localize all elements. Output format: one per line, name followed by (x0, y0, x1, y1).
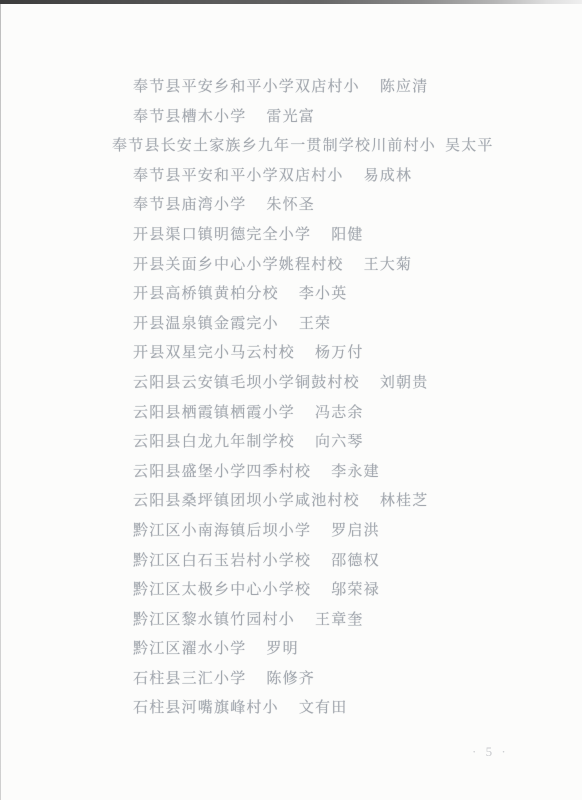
list-item: 云阳县白龙九年制学校向六琴 (133, 428, 494, 458)
school-name: 云阳县栖霞镇栖霞小学 (133, 405, 295, 421)
teacher-name: 邬荣禄 (331, 582, 380, 598)
school-name: 云阳县白龙九年制学校 (133, 434, 295, 450)
list-item: 开县温泉镇金霞完小王荣 (133, 310, 494, 340)
scan-edge-top (0, 0, 582, 4)
teacher-name: 冯志余 (315, 405, 364, 421)
school-name: 黔江区濯水小学 (133, 641, 246, 657)
list-item: 奉节县槽木小学雷光富 (133, 103, 494, 133)
school-name: 开县关面乡中心小学姚程村校 (133, 257, 344, 273)
list-item: 奉节县长安土家族乡九年一贯制学校川前村小吴太平 (112, 132, 494, 162)
school-name: 石柱县三汇小学 (133, 671, 246, 687)
school-name: 开县温泉镇金霞完小 (133, 316, 279, 332)
teacher-name: 阳健 (331, 227, 363, 243)
scanned-document-page: 奉节县平安乡和平小学双店村小陈应清奉节县槽木小学雷光富奉节县长安土家族乡九年一贯… (0, 0, 582, 800)
teacher-name: 罗启洪 (331, 523, 380, 539)
teacher-name: 王大菊 (364, 257, 413, 273)
teacher-name: 朱怀圣 (266, 197, 315, 213)
school-name: 开县渠口镇明德完全小学 (133, 227, 311, 243)
school-name: 奉节县平安乡和平小学双店村小 (133, 79, 360, 95)
teacher-name: 林桂芝 (380, 493, 429, 509)
page-number: · 5 · (472, 744, 509, 760)
teacher-name: 刘朝贵 (380, 375, 429, 391)
teacher-name: 陈应清 (380, 79, 429, 95)
list-item: 石柱县河嘴旗峰村小文有田 (133, 694, 494, 724)
list-item: 奉节县庙湾小学朱怀圣 (133, 191, 494, 221)
teacher-name: 罗明 (266, 641, 298, 657)
list-item: 云阳县桑坪镇团坝小学咸池村校林桂芝 (133, 487, 494, 517)
teacher-name: 易成林 (364, 168, 413, 184)
list-item: 黔江区白石玉岩村小学校邵德权 (133, 547, 494, 577)
teacher-name: 王章奎 (315, 612, 364, 628)
school-name: 黔江区黎水镇竹园村小 (133, 612, 295, 628)
school-name: 开县高桥镇黄柏分校 (133, 286, 279, 302)
school-name: 奉节县平安和平小学双店村小 (133, 168, 344, 184)
list-item: 奉节县平安乡和平小学双店村小陈应清 (133, 73, 494, 103)
list-item: 开县渠口镇明德完全小学阳健 (133, 221, 494, 251)
school-name: 云阳县桑坪镇团坝小学咸池村校 (133, 493, 360, 509)
teacher-name: 杨万付 (315, 345, 364, 361)
teacher-name: 文有田 (299, 700, 348, 716)
school-name: 黔江区小南海镇后坝小学 (133, 523, 311, 539)
school-name: 奉节县槽木小学 (133, 109, 246, 125)
list-item: 云阳县盛堡小学四季村校李永建 (133, 458, 494, 488)
list-item: 黔江区黎水镇竹园村小王章奎 (133, 606, 494, 636)
teacher-name: 王荣 (299, 316, 331, 332)
teacher-name: 李小英 (299, 286, 348, 302)
list-item: 云阳县栖霞镇栖霞小学冯志余 (133, 399, 494, 429)
list-item: 云阳县云安镇毛坝小学铜鼓村校刘朝贵 (133, 369, 494, 399)
teacher-name: 李永建 (331, 464, 380, 480)
school-name: 奉节县庙湾小学 (133, 197, 246, 213)
list-item: 石柱县三汇小学陈修齐 (133, 665, 494, 695)
list-item: 黔江区濯水小学罗明 (133, 635, 494, 665)
list-item: 黔江区小南海镇后坝小学罗启洪 (133, 517, 494, 547)
school-name: 奉节县长安土家族乡九年一贯制学校川前村小 (112, 138, 436, 154)
school-name: 云阳县盛堡小学四季村校 (133, 464, 311, 480)
school-name: 开县双星完小马云村校 (133, 345, 295, 361)
scan-edge-left (0, 4, 1, 800)
school-name: 黔江区白石玉岩村小学校 (133, 553, 311, 569)
teacher-name: 邵德权 (331, 553, 380, 569)
teacher-name: 向六琴 (315, 434, 364, 450)
teacher-name: 陈修齐 (266, 671, 315, 687)
school-name: 云阳县云安镇毛坝小学铜鼓村校 (133, 375, 360, 391)
list-item: 开县双星完小马云村校杨万付 (133, 339, 494, 369)
school-teacher-list: 奉节县平安乡和平小学双店村小陈应清奉节县槽木小学雷光富奉节县长安土家族乡九年一贯… (133, 73, 494, 724)
school-name: 黔江区太极乡中心小学校 (133, 582, 311, 598)
teacher-name: 吴太平 (445, 138, 494, 154)
list-item: 黔江区太极乡中心小学校邬荣禄 (133, 576, 494, 606)
list-item: 开县高桥镇黄柏分校李小英 (133, 280, 494, 310)
list-item: 开县关面乡中心小学姚程村校王大菊 (133, 251, 494, 281)
teacher-name: 雷光富 (266, 109, 315, 125)
school-name: 石柱县河嘴旗峰村小 (133, 700, 279, 716)
list-item: 奉节县平安和平小学双店村小易成林 (133, 162, 494, 192)
